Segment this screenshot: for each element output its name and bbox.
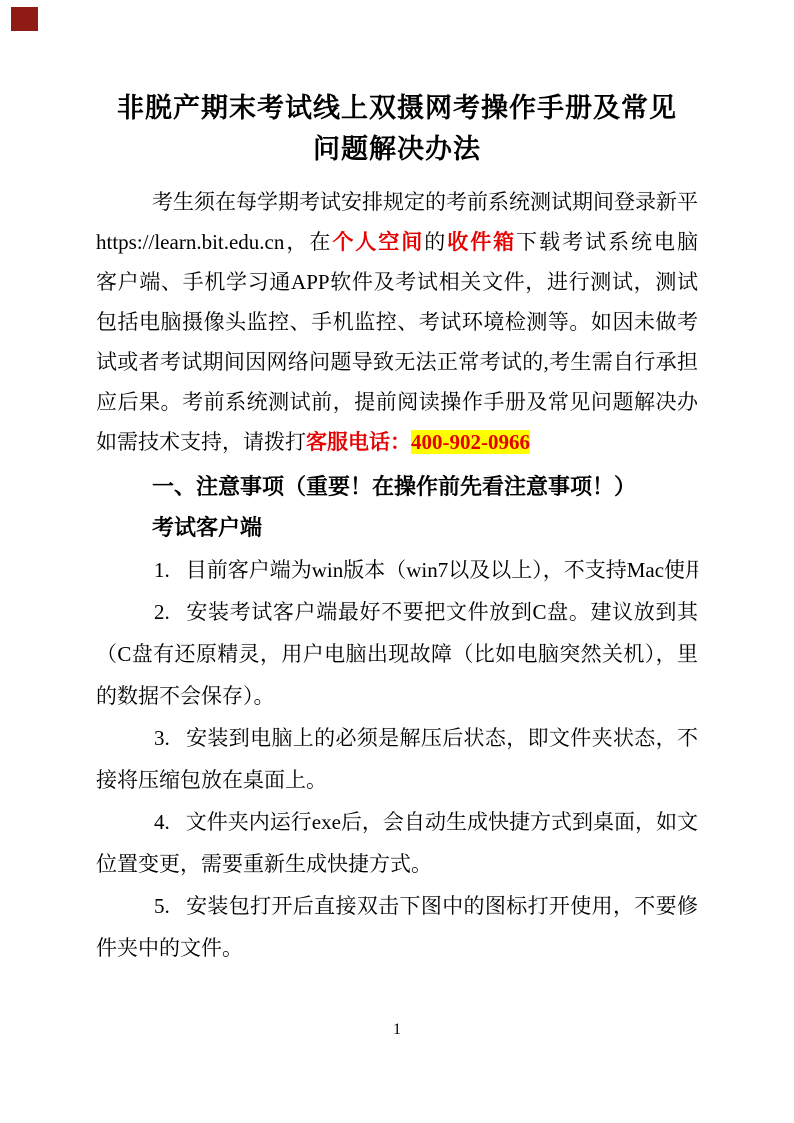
list-item-2-number: 2. — [154, 591, 170, 633]
list-item-4-line-1: 4.文件夹内运行exe后，会自动生成快捷方式到桌面，如文件夹 — [96, 801, 698, 843]
list-item-3-number: 3. — [154, 717, 170, 759]
emphasis-inbox: 收件箱 — [447, 230, 516, 254]
list-item-4-line-2: 位置变更，需要重新生成快捷方式。 — [96, 843, 698, 885]
emphasis-personal-space: 个人空间 — [332, 230, 424, 254]
support-text: 如需技术支持，请拨打 — [96, 430, 306, 454]
list-item-5-number: 5. — [154, 885, 170, 927]
intro-line-2-end: 下载考试系统电脑 — [516, 230, 698, 254]
intro-line-4: 包括电脑摄像头监控、手机监控、考试环境检测等。如因未做考前测 — [96, 302, 698, 342]
document-title-line-2: 问题解决办法 — [96, 129, 698, 170]
list-item-1-text: 目前客户端为win版本（win7以及以上），不支持Mac使用。 — [186, 558, 698, 582]
corner-mark — [11, 7, 38, 31]
platform-url: https://learn.bit.edu.cn，在 — [96, 230, 332, 254]
list-item-2-line-3: 的数据不会保存）。 — [96, 675, 698, 717]
intro-line-2: https://learn.bit.edu.cn，在个人空间的收件箱下载考试系统… — [96, 222, 698, 262]
list-item-5-line-1: 5.安装包打开后直接双击下图中的图标打开使用，不要修改文 — [96, 885, 698, 927]
list-item-5-text: 安装包打开后直接双击下图中的图标打开使用，不要修改文 — [154, 894, 698, 927]
service-phone-label: 客服电话： — [306, 430, 411, 454]
section-heading-notes: 一、注意事项（重要！在操作前先看注意事项！） — [96, 467, 698, 507]
list-item-2-text: 安装考试客户端最好不要把文件放到C盘。建议放到其它盘。 — [154, 600, 698, 633]
list-item-1-line-1: 1.目前客户端为win版本（win7以及以上），不支持Mac使用。 — [96, 549, 698, 591]
intro-line-6: 应后果。考前系统测试前，提前阅读操作手册及常见问题解决办法， — [96, 382, 698, 422]
list-item-1-number: 1. — [154, 549, 170, 591]
list-item-5-line-2: 件夹中的文件。 — [96, 927, 698, 969]
list-item-2-line-1: 2.安装考试客户端最好不要把文件放到C盘。建议放到其它盘。 — [96, 591, 698, 633]
intro-line-2-mid: 的 — [424, 230, 447, 254]
document-title: 非脱产期末考试线上双摄网考操作手册及常见 问题解决办法 — [96, 88, 698, 170]
subsection-heading-exam-client: 考试客户端 — [96, 507, 698, 549]
list-item-3-text: 安装到电脑上的必须是解压后状态，即文件夹状态，不能直 — [154, 726, 698, 759]
intro-paragraph: 考生须在每学期考试安排规定的考前系统测试期间登录新平台 https://lear… — [96, 182, 698, 462]
intro-line-1: 考生须在每学期考试安排规定的考前系统测试期间登录新平台 — [96, 182, 698, 222]
page-number: 1 — [0, 1016, 794, 1044]
service-phone-number: 400-902-0966 — [411, 430, 530, 454]
list-item-4-number: 4. — [154, 801, 170, 843]
intro-line-3: 客户端、手机学习通APP软件及考试相关文件，进行测试，测试内容 — [96, 262, 698, 302]
document-page: 非脱产期末考试线上双摄网考操作手册及常见 问题解决办法 考生须在每学期考试安排规… — [0, 0, 794, 1123]
intro-line-5: 试或者考试期间因网络问题导致无法正常考试的,考生需自行承担相 — [96, 342, 698, 382]
list-item-3-line-2: 接将压缩包放在桌面上。 — [96, 759, 698, 801]
list-item-3-line-1: 3.安装到电脑上的必须是解压后状态，即文件夹状态，不能直 — [96, 717, 698, 759]
list-item-2-line-2: （C盘有还原精灵，用户电脑出现故障（比如电脑突然关机），里面 — [96, 633, 698, 675]
numbered-list: 1.目前客户端为win版本（win7以及以上），不支持Mac使用。 2.安装考试… — [96, 549, 698, 969]
list-item-4-text: 文件夹内运行exe后，会自动生成快捷方式到桌面，如文件夹 — [154, 810, 698, 843]
page-content: 非脱产期末考试线上双摄网考操作手册及常见 问题解决办法 考生须在每学期考试安排规… — [96, 0, 698, 969]
intro-line-7: 如需技术支持，请拨打客服电话：400-902-0966 — [96, 422, 698, 462]
document-title-line-1: 非脱产期末考试线上双摄网考操作手册及常见 — [96, 88, 698, 129]
